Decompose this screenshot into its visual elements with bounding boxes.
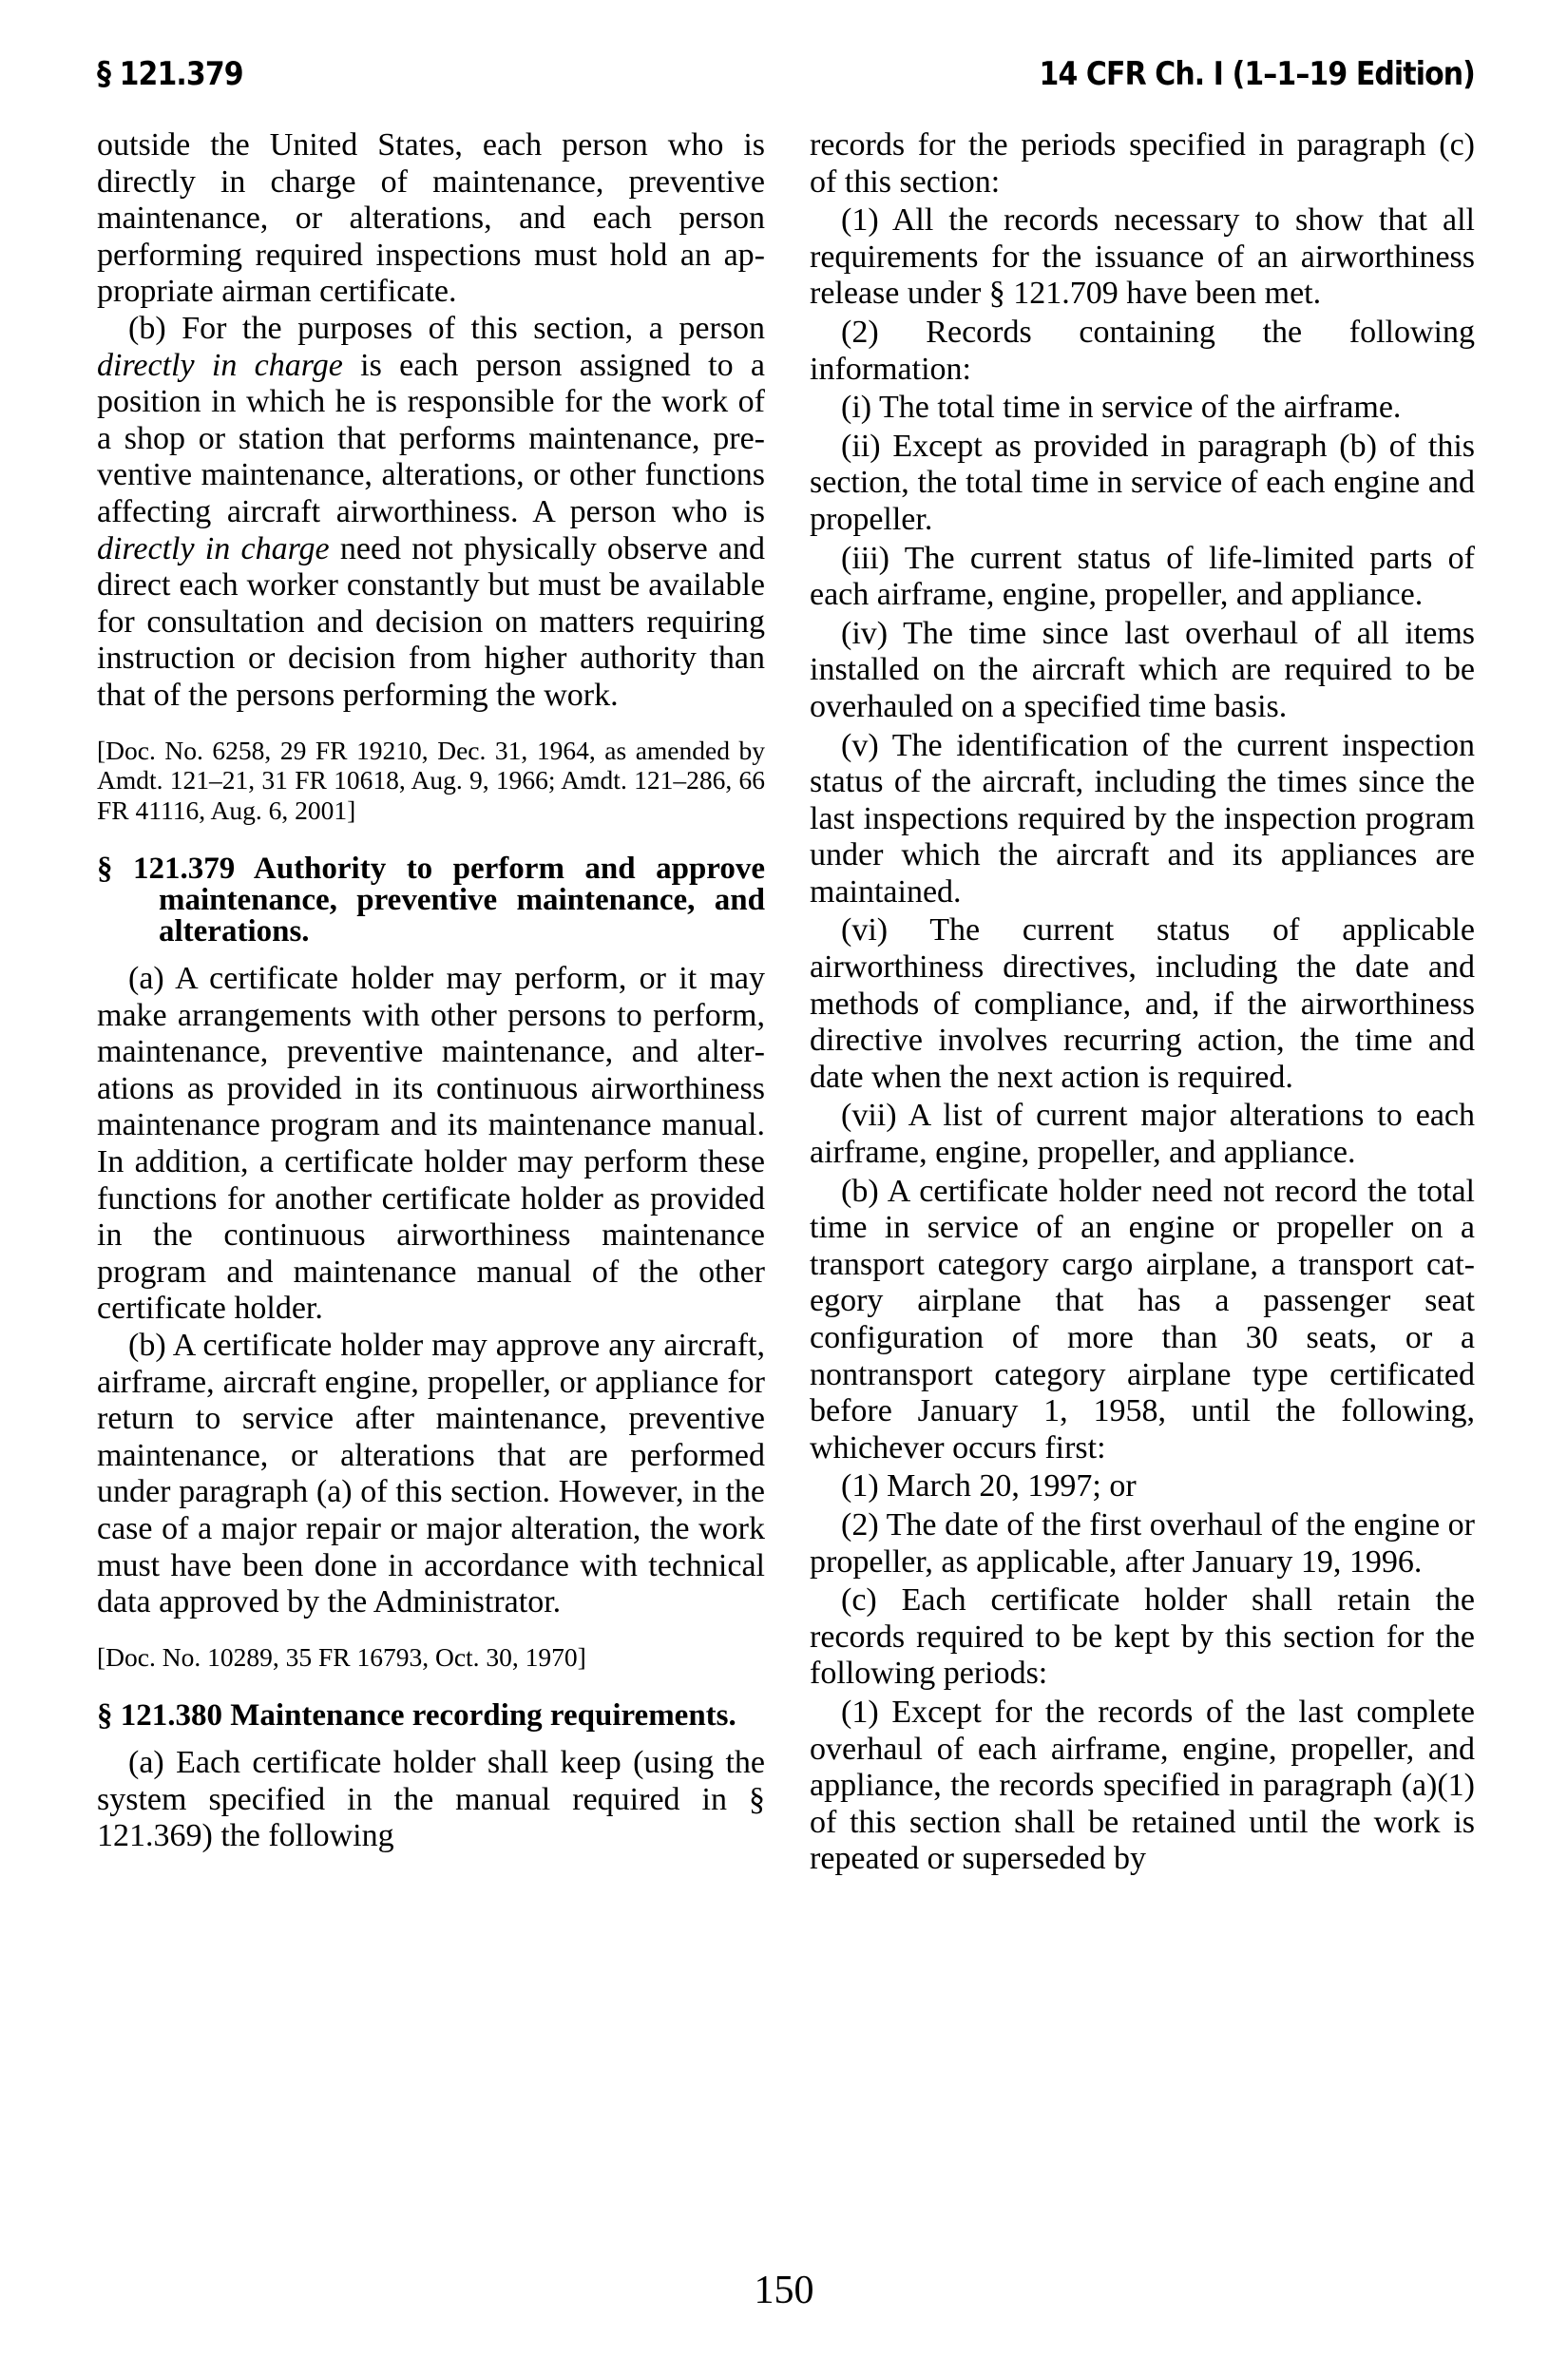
running-header-edition: 14 CFR Ch. I (1–1–19 Edition) [1040,55,1475,93]
paragraph-b-directly-in-charge: (b) For the purposes of this section, a … [97,311,765,715]
paragraph-121-379-a: (a) A certificate holder may perform, or… [97,961,765,1328]
list-item-c1: (1) Except for the records of the last c… [810,1695,1475,1878]
citation-doc-10289: [Doc. No. 10289, 35 FR 16793, Oct. 30, 1… [97,1642,765,1673]
list-item-a2-vii: (vii) A list of current major alter­atio… [810,1098,1475,1171]
list-item-a1: (1) All the records necessary to show th… [810,202,1475,313]
paragraph-121-379-b: (b) A certificate holder may approve any… [97,1328,765,1621]
list-item-a2-v: (v) The identification of the current in… [810,728,1475,911]
running-header-section: § 121.379 [97,55,243,93]
section-heading-121-380: § 121.380 Maintenance recording re­quire… [97,1700,765,1732]
text-fragment: (b) For the purposes of this section, a … [128,311,765,346]
paragraph-a-continued: records for the periods specified in par… [810,127,1475,201]
list-item-a2-i: (i) The total time in service of the air… [810,390,1475,427]
italic-term: directly in charge [97,531,330,566]
list-item-b1: (1) March 20, 1997; or [810,1468,1475,1505]
paragraph-121-380-a: (a) Each certificate holder shall keep (… [97,1745,765,1855]
list-item-a2-ii: (ii) Except as provided in paragraph (b)… [810,429,1475,539]
list-item-a2-iii: (iii) The current status of life-limited… [810,541,1475,614]
list-item-a2-iv: (iv) The time since last overhaul of all… [810,616,1475,726]
right-column: records for the periods specified in par… [810,127,1475,1878]
list-item-a2: (2) Records containing the following inf… [810,315,1475,388]
section-heading-121-379: § 121.379 Authority to perform and ap­pr… [97,853,765,948]
paragraph-b: (b) A certificate holder need not record… [810,1174,1475,1467]
left-column: outside the United States, each person w… [97,127,765,1855]
paragraph-c: (c) Each certificate holder shall re­tai… [810,1582,1475,1693]
list-item-b2: (2) The date of the first overhaul of th… [810,1507,1475,1581]
italic-term: directly in charge [97,348,343,383]
paragraph-continued: outside the United States, each person w… [97,127,765,311]
page-number: 150 [0,2270,1568,2311]
citation-doc-6258: [Doc. No. 6258, 29 FR 19210, Dec. 31, 19… [97,736,765,826]
list-item-a2-vi: (vi) The current status of applicable ai… [810,912,1475,1096]
